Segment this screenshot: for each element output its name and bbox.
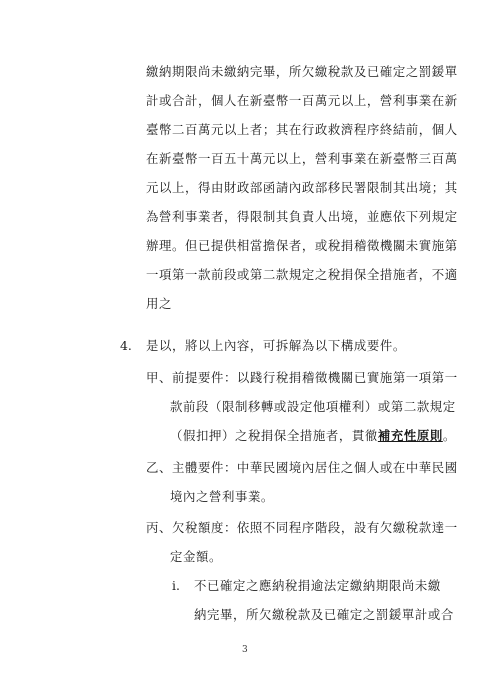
sub-item-line: 納完畢，所欠繳稅款及已確定之罰鍰單計或合 xyxy=(194,607,454,623)
document-page: 繳納期限尚未繳納完畢，所欠繳稅款及已確定之罰鍰單 計或合計，個人在新臺幣一百萬元… xyxy=(0,0,495,700)
paragraph-line: 繳納期限尚未繳納完畢，所欠繳稅款及已確定之罰鍰單 xyxy=(146,64,458,80)
page-number: 3 xyxy=(242,645,248,655)
paragraph-line: 元以上，得由財政部函請內政部移民署限制其出境；其 xyxy=(146,180,458,196)
sub-item-marker: i. xyxy=(172,578,180,594)
list-item-text: 是以，將以上內容，可拆解為以下構成要件。 xyxy=(146,338,406,354)
paragraph-line: 用之 xyxy=(146,296,172,312)
requirement-text: （假扣押）之稅捐保全措施者，貫徹 xyxy=(170,428,378,443)
paragraph-line: 在新臺幣一百五十萬元以上，營利事業在新臺幣三百萬 xyxy=(146,151,458,167)
requirement-line: 丙、欠稅額度：依照不同程序階段，設有欠繳稅款達一 xyxy=(146,520,458,536)
requirement-line: 甲、前提要件：以踐行稅捐稽徵機關已實施第一項第一 xyxy=(146,370,458,386)
list-marker: 4. xyxy=(120,338,132,354)
paragraph-line: 辦理。但已提供相當擔保者，或稅捐稽徵機關未實施第 xyxy=(146,238,458,254)
requirement-line: 款前段（限制移轉或設定他項權利）或第二款規定 xyxy=(170,399,456,415)
paragraph-line: 臺幣二百萬元以上者；其在行政救濟程序終結前，個人 xyxy=(146,122,458,138)
paragraph-line: 一項第一款前段或第二款規定之稅捐保全措施者，不適 xyxy=(146,267,458,283)
requirement-line: 定金額。 xyxy=(170,549,222,565)
sub-item-line: 不已確定之應納稅捐逾法定繳納期限尚未繳 xyxy=(194,578,441,594)
requirement-line: （假扣押）之稅捐保全措施者，貫徹補充性原則。 xyxy=(170,428,456,444)
requirement-line: 乙、主體要件：中華民國境內居住之個人或在中華民國 xyxy=(146,460,458,476)
paragraph-line: 為營利事業者，得限制其負責人出境，並應依下列規定 xyxy=(146,209,458,225)
requirement-line: 境內之營利事業。 xyxy=(170,489,274,505)
trailing-punctuation: 。 xyxy=(443,428,456,443)
paragraph-line: 計或合計，個人在新臺幣一百萬元以上，營利事業在新 xyxy=(146,93,458,109)
emphasis-text: 補充性原則 xyxy=(378,428,443,443)
